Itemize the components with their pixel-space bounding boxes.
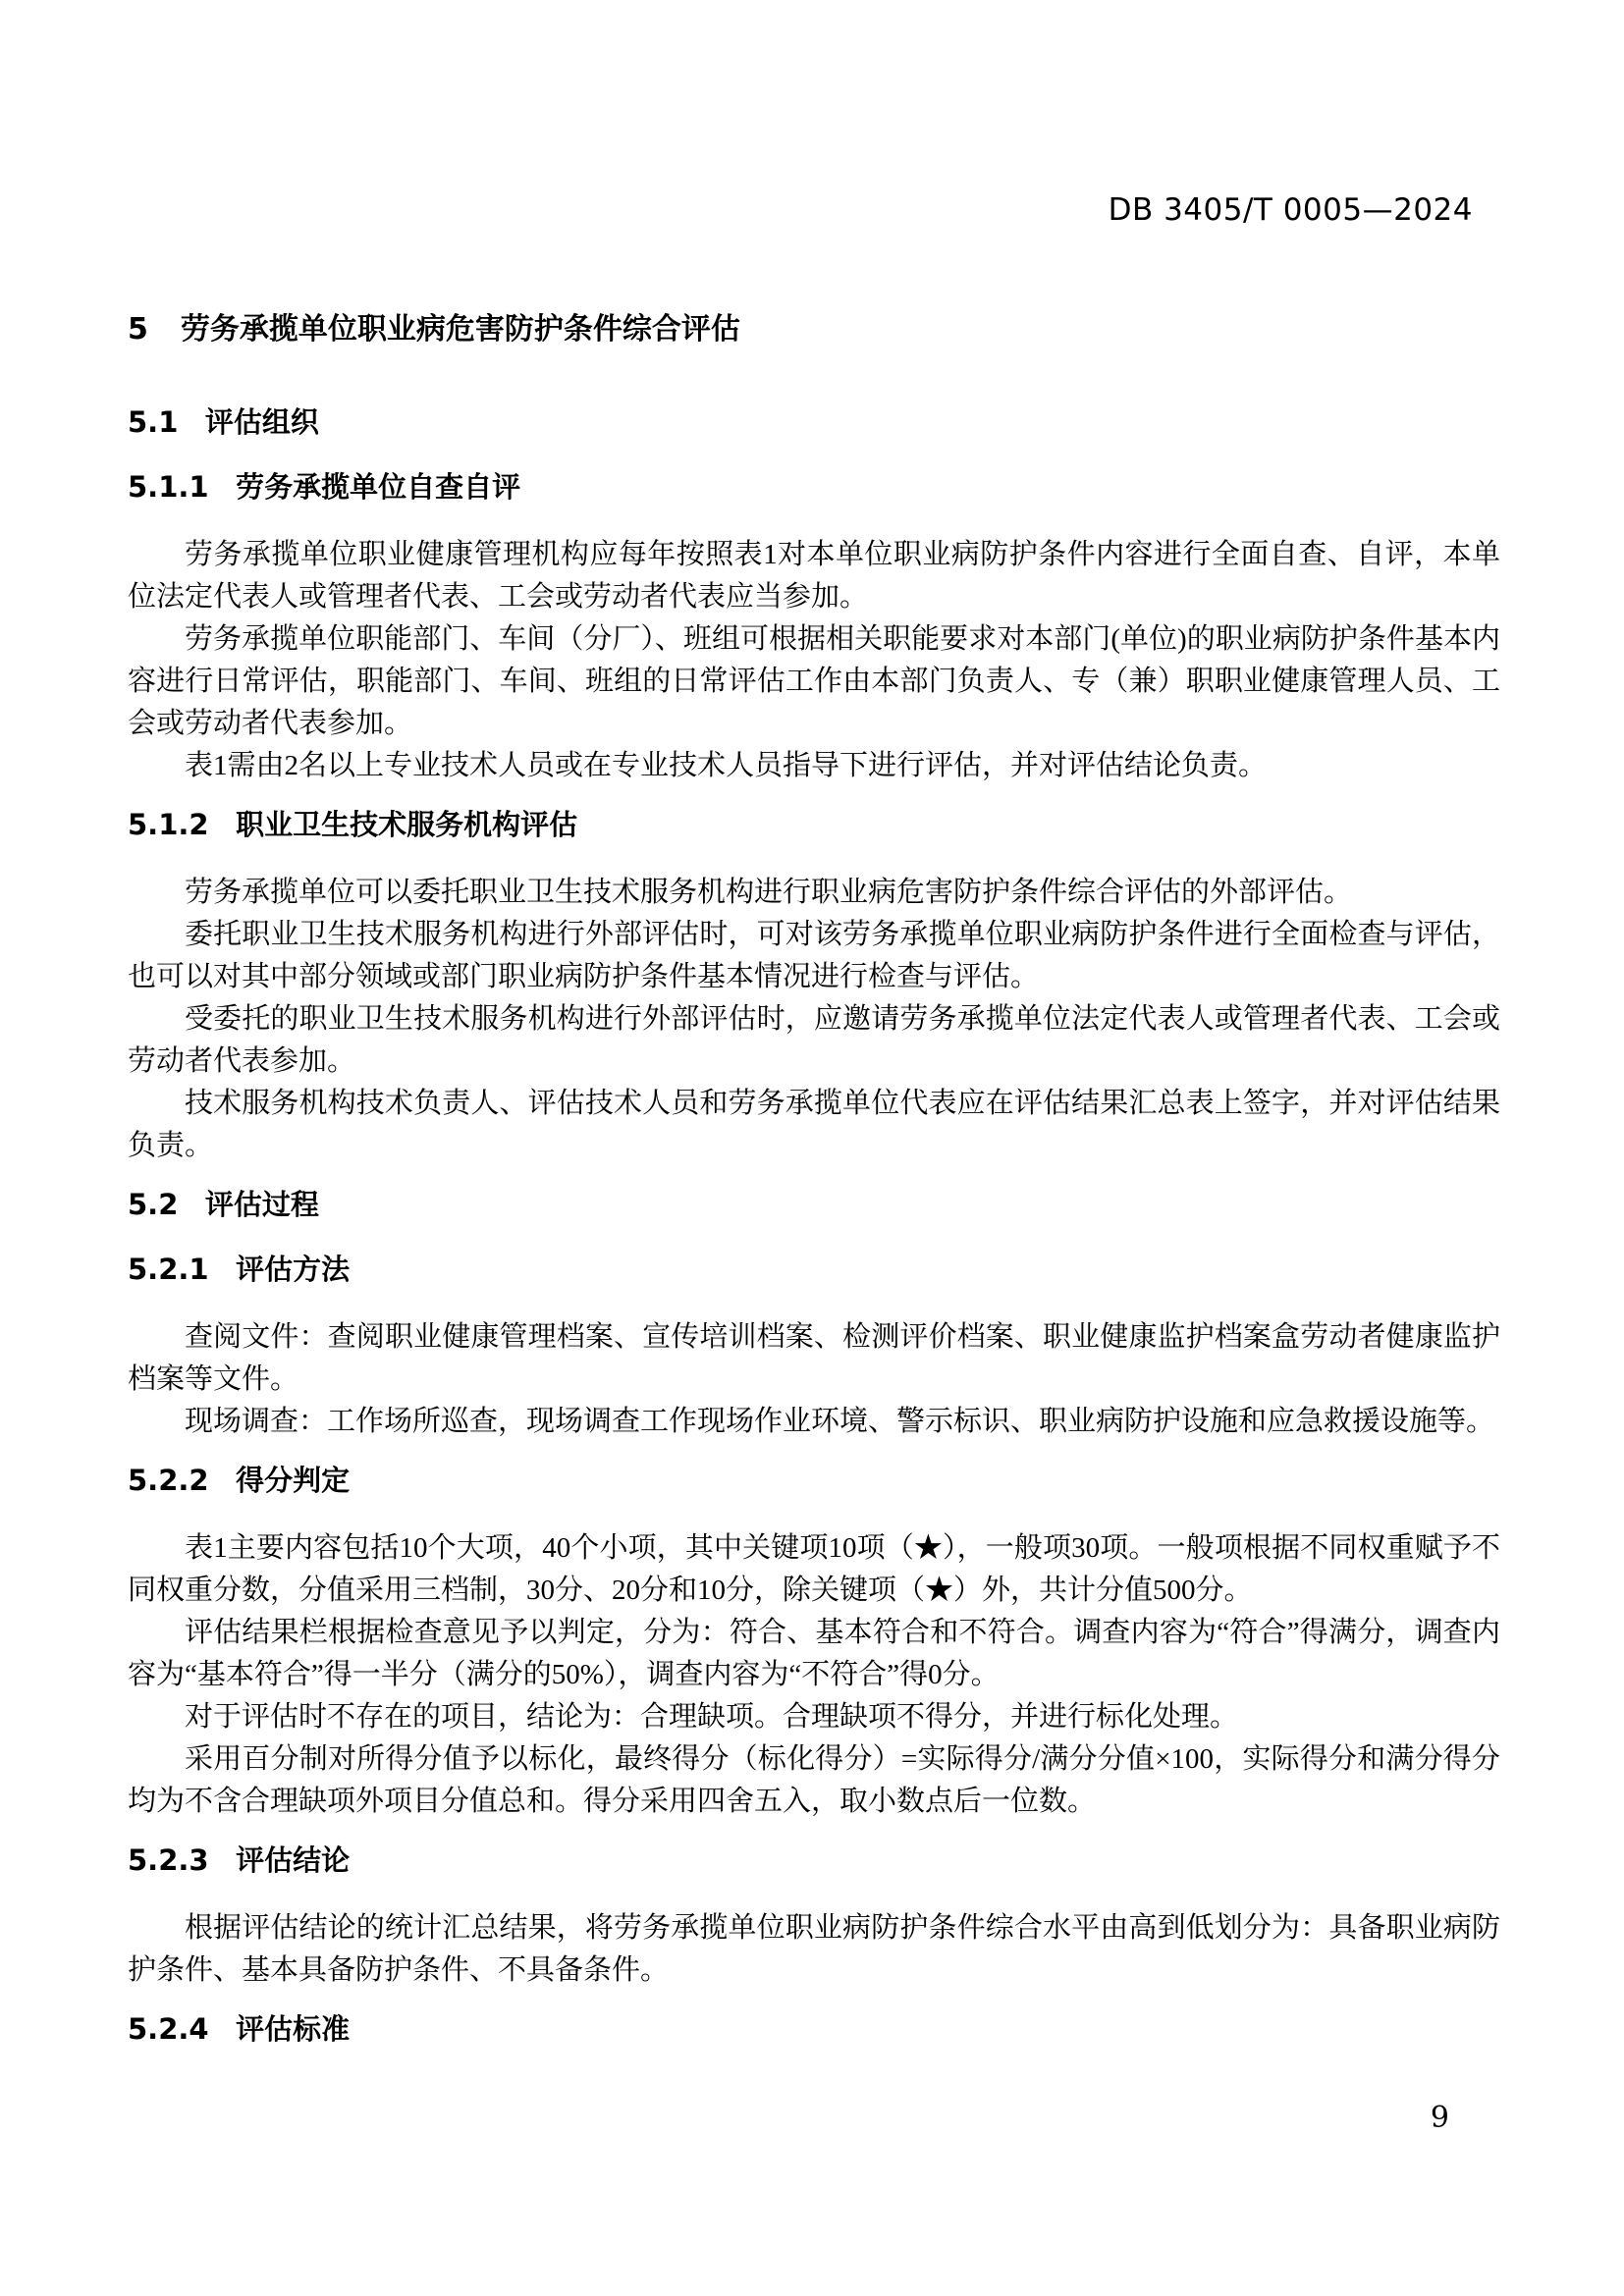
paragraph: 劳务承揽单位职能部门、车间（分厂）、班组可根据相关职能要求对本部门(单位)的职业…	[128, 618, 1500, 745]
heading-5-2-2-title: 得分判定	[236, 1464, 350, 1497]
heading-5-2: 5.2评估过程	[128, 1187, 1500, 1222]
heading-5-2-4-title: 评估标准	[236, 2012, 350, 2046]
heading-5-1-2-title: 职业卫生技术服务机构评估	[236, 808, 577, 841]
paragraph: 评估结果栏根据检查意见予以判定，分为：符合、基本符合和不符合。调查内容为“符合”…	[128, 1612, 1500, 1696]
paragraph: 受委托的职业卫生技术服务机构进行外部评估时，应邀请劳务承揽单位法定代表人或管理者…	[128, 998, 1500, 1083]
heading-5-2-1: 5.2.1评估方法	[128, 1252, 1500, 1287]
heading-5-2-4: 5.2.4评估标准	[128, 2011, 1500, 2047]
heading-5-2-2-number: 5.2.2	[128, 1464, 209, 1497]
page-number: 9	[1431, 2101, 1449, 2136]
heading-5-1-1-title: 劳务承揽单位自查自评	[236, 470, 520, 504]
paragraph: 对于评估时不存在的项目，结论为：合理缺项。合理缺项不得分，并进行标化处理。	[128, 1696, 1500, 1738]
heading-5-2-4-number: 5.2.4	[128, 2012, 209, 2046]
document-page: DB 3405/T 0005—2024 5劳务承揽单位职业病危害防护条件综合评估…	[0, 0, 1624, 2296]
heading-5-2-3-title: 评估结论	[236, 1843, 350, 1877]
paragraph: 采用百分制对所得分值予以标化，最终得分（标化得分）=实际得分/满分分值×100，…	[128, 1738, 1500, 1823]
doc-code: DB 3405/T 0005—2024	[128, 192, 1500, 228]
heading-5-1-1: 5.1.1劳务承揽单位自查自评	[128, 469, 1500, 505]
paragraph: 表1主要内容包括10个大项，40个小项，其中关键项10项（★），一般项30项。一…	[128, 1527, 1500, 1612]
heading-5-2-3: 5.2.3评估结论	[128, 1842, 1500, 1878]
paragraph: 技术服务机构技术负责人、评估技术人员和劳务承揽单位代表应在评估结果汇总表上签字，…	[128, 1083, 1500, 1167]
paragraph: 查阅文件：查阅职业健康管理档案、宣传培训档案、检测评价档案、职业健康监护档案盒劳…	[128, 1316, 1500, 1401]
paragraph: 表1需由2名以上专业技术人员或在专业技术人员指导下进行评估，并对评估结论负责。	[128, 745, 1500, 787]
paragraph: 现场调查：工作场所巡查，现场调查工作现场作业环境、警示标识、职业病防护设施和应急…	[128, 1401, 1500, 1443]
heading-5-1-number: 5.1	[128, 405, 178, 439]
heading-5-2-3-number: 5.2.3	[128, 1843, 209, 1877]
paragraph: 根据评估结论的统计汇总结果，将劳务承揽单位职业病防护条件综合水平由高到低划分为：…	[128, 1907, 1500, 1992]
heading-5-1-1-number: 5.1.1	[128, 470, 209, 504]
paragraph: 劳务承揽单位职业健康管理机构应每年按照表1对本单位职业病防护条件内容进行全面自查…	[128, 534, 1500, 618]
heading-5-2-1-title: 评估方法	[236, 1253, 350, 1286]
heading-5-1-2: 5.1.2职业卫生技术服务机构评估	[128, 807, 1500, 842]
heading-5-title: 劳务承揽单位职业病危害防护条件综合评估	[181, 312, 740, 347]
heading-5-2-1-number: 5.2.1	[128, 1253, 209, 1286]
heading-5-2-number: 5.2	[128, 1188, 178, 1221]
heading-5-2-title: 评估过程	[205, 1188, 319, 1221]
heading-5-1-title: 评估组织	[205, 405, 319, 439]
heading-5-1: 5.1评估组织	[128, 404, 1500, 440]
paragraph: 委托职业卫生技术服务机构进行外部评估时，可对该劳务承揽单位职业病防护条件进行全面…	[128, 914, 1500, 998]
heading-5: 5劳务承揽单位职业病危害防护条件综合评估	[128, 310, 1500, 349]
paragraph: 劳务承揽单位可以委托职业卫生技术服务机构进行职业病危害防护条件综合评估的外部评估…	[128, 872, 1500, 914]
heading-5-2-2: 5.2.2得分判定	[128, 1463, 1500, 1498]
heading-5-number: 5	[128, 312, 148, 347]
heading-5-1-2-number: 5.1.2	[128, 808, 209, 841]
